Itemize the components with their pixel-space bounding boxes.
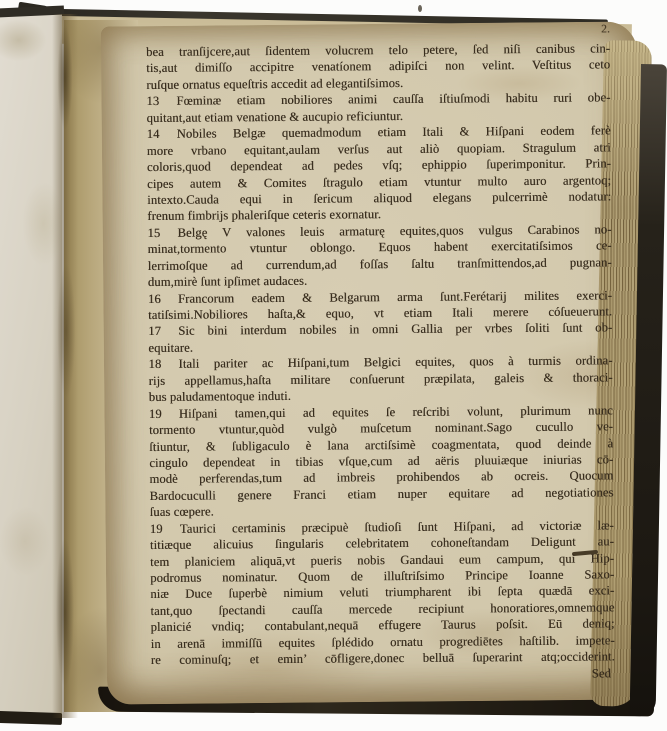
paragraph-number: 16	[148, 290, 178, 307]
page-text-block: 2. bea tranſijcere,aut ſidentem volucrem…	[146, 40, 615, 685]
paragraph-number: 14	[147, 126, 177, 143]
text-lines: bea tranſijcere,aut ſidentem volucrem te…	[146, 40, 615, 668]
paragraph-number: 13	[146, 93, 176, 110]
book-photo: 2. bea tranſijcere,aut ſidentem volucrem…	[0, 0, 667, 731]
dust-speck	[418, 5, 422, 12]
paragraph-number: 18	[148, 356, 178, 373]
paragraph-number: 19	[149, 405, 179, 422]
paragraph-number: 15	[147, 225, 177, 242]
page-number: 2.	[601, 21, 610, 38]
paragraph-number: 17	[148, 323, 178, 340]
paragraph-number: 19	[150, 520, 180, 537]
gutter-crease-shadow	[52, 14, 78, 718]
